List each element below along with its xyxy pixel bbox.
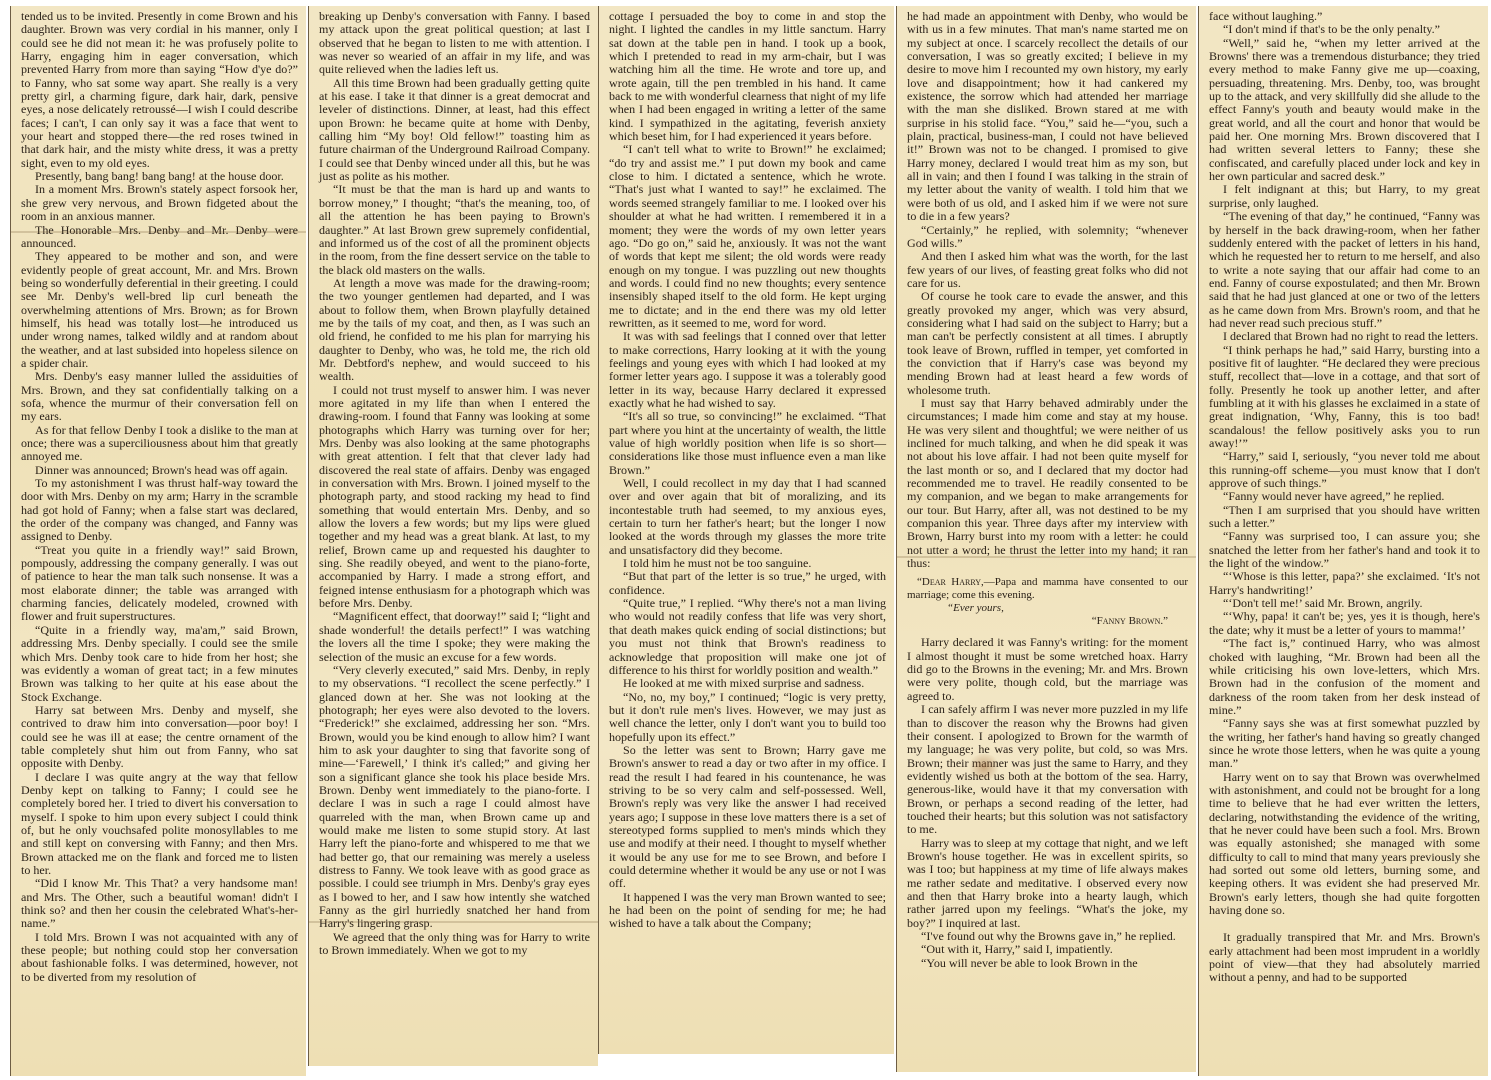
paragraph: “The evening of that day,” he continued,… [1209, 210, 1480, 330]
paragraph: “Magnificent effect, that doorway!” said… [319, 610, 590, 663]
paragraph: Well, I could recollect in my day that I… [609, 477, 886, 557]
paragraph: I declared that Brown had no right to re… [1209, 330, 1480, 343]
paragraph: “Treat you quite in a friendly way!” sai… [21, 544, 298, 624]
paragraph: Of course he took care to evade the answ… [907, 290, 1188, 397]
paragraph: breaking up Denby's conversation with Fa… [319, 10, 590, 77]
paragraph: At length a move was made for the drawin… [319, 277, 590, 384]
paragraph: So the letter was sent to Brown; Harry g… [609, 744, 886, 891]
column-4-text: he had made an appointment with Denby, w… [907, 10, 1188, 970]
paragraph: It gradually transpired that Mr. and Mrs… [1209, 931, 1480, 984]
paragraph: “But that part of the letter is so true,… [609, 570, 886, 597]
letter-closing: “Ever yours, [907, 602, 1188, 615]
newspaper-page: tended us to be invited. Presently in co… [0, 0, 1491, 1080]
column-2: breaking up Denby's conversation with Fa… [308, 6, 598, 1066]
paragraph: I can safely affirm I was never more puz… [907, 703, 1188, 836]
paragraph: “Fanny was surprised too, I can assure y… [1209, 530, 1480, 570]
paragraph: “Quite true,” I replied. “Why there's no… [609, 597, 886, 677]
paragraph: “I think perhaps he had,” said Harry, bu… [1209, 344, 1480, 451]
paragraph: “Harry,” said I, seriously, “you never t… [1209, 450, 1480, 490]
paragraph: “‘Why, papa! it can't be; yes, yes it is… [1209, 610, 1480, 637]
paragraph: “Then I am surprised that you should hav… [1209, 504, 1480, 531]
paragraph: “It's all so true, so convincing!” he ex… [609, 410, 886, 477]
paragraph: Mrs. Denby's easy manner lulled the assi… [21, 370, 298, 423]
paragraph: Dinner was announced; Brown's head was o… [21, 464, 298, 477]
paragraph: He looked at me with mixed surprise and … [609, 677, 886, 690]
column-1: tended us to be invited. Presently in co… [10, 6, 306, 1076]
paragraph: Harry declared it was Fanny's writing: f… [907, 636, 1188, 703]
paragraph: Harry was to sleep at my cottage that ni… [907, 837, 1188, 930]
paragraph: It was with sad feelings that I conned o… [609, 330, 886, 410]
letter-signature: “Fanny Brown.” [907, 615, 1188, 628]
paragraph: I felt indignant at this; but Harry, to … [1209, 183, 1480, 210]
paragraph: “It must be that the man is hard up and … [319, 183, 590, 276]
paragraph: he had made an appointment with Denby, w… [907, 10, 1188, 224]
paragraph: I told Mrs. Brown I was not acquainted w… [21, 931, 298, 984]
paragraph: I must say that Harry behaved admirably … [907, 397, 1188, 570]
column-3: cottage I persuaded the boy to come in a… [598, 6, 894, 1054]
paragraph: As for that fellow Denby I took a dislik… [21, 424, 298, 464]
paragraph: face without laughing.” [1209, 10, 1480, 23]
letter-body: “Dear Harry,—Papa and mamma have consent… [907, 576, 1188, 602]
paragraph: “Certainly,” he replied, with solemnity;… [907, 224, 1188, 251]
paragraph: They appeared to be mother and son, and … [21, 250, 298, 370]
column-3-text: cottage I persuaded the boy to come in a… [609, 10, 886, 931]
paragraph: “I've found out why the Browns gave in,”… [907, 930, 1188, 943]
paragraph: “Fanny says she was at first somewhat pu… [1209, 717, 1480, 770]
paragraph: I could not trust myself to answer him. … [319, 384, 590, 611]
paragraph: “Did I know Mr. This That? a very handso… [21, 877, 298, 930]
paragraph: Harry went on to say that Brown was over… [1209, 771, 1480, 918]
paragraph: “I don't mind if that's to be the only p… [1209, 23, 1480, 36]
paragraph: “Fanny would never have agreed,” he repl… [1209, 490, 1480, 503]
quoted-letter: “Dear Harry,—Papa and mamma have consent… [907, 576, 1188, 628]
paragraph: “No, no, my boy,” I continued; “logic is… [609, 691, 886, 744]
paragraph: All this time Brown had been gradually g… [319, 77, 590, 184]
letter-salutation: “Dear Harry, [917, 576, 984, 588]
paragraph: “‘Whose is this letter, papa?’ she excla… [1209, 570, 1480, 597]
paragraph: In a moment Mrs. Brown's stately aspect … [21, 183, 298, 223]
paragraph: “‘Don't tell me!’ said Mr. Brown, angril… [1209, 597, 1480, 610]
paragraph: “You will never be able to look Brown in… [907, 957, 1188, 970]
column-5: face without laughing.” “I don't mind if… [1198, 6, 1488, 1076]
column-4: he had made an appointment with Denby, w… [896, 6, 1196, 1072]
paragraph: I declare I was quite angry at the way t… [21, 771, 298, 878]
paragraph: tended us to be invited. Presently in co… [21, 10, 298, 170]
paragraph: We agreed that the only thing was for Ha… [319, 931, 590, 958]
column-2-text: breaking up Denby's conversation with Fa… [319, 10, 590, 957]
paragraph: I told him he must not be too sanguine. [609, 557, 886, 570]
paragraph: “The fact is,” continued Harry, who was … [1209, 637, 1480, 717]
paragraph: Presently, bang bang! bang bang! at the … [21, 170, 298, 183]
paragraph: “Quite in a friendly way, ma'am,” said B… [21, 624, 298, 704]
paragraph: “Very cleverly executed,” said Mrs. Denb… [319, 664, 590, 931]
paragraph: It happened I was the very man Brown wan… [609, 891, 886, 931]
paragraph: The Honorable Mrs. Denby and Mr. Denby w… [21, 224, 298, 251]
column-1-text: tended us to be invited. Presently in co… [21, 10, 298, 984]
paragraph: And then I asked him what was the worth,… [907, 250, 1188, 290]
paragraph: “I can't tell what to write to Brown!” h… [609, 143, 886, 330]
paragraph: Harry sat between Mrs. Denby and myself,… [21, 704, 298, 771]
paragraph: To my astonishment I was thrust half-way… [21, 477, 298, 544]
paragraph: “Well,” said he, “when my letter arrived… [1209, 37, 1480, 184]
paragraph: cottage I persuaded the boy to come in a… [609, 10, 886, 143]
column-5-text: face without laughing.” “I don't mind if… [1209, 10, 1480, 985]
paragraph: “Out with it, Harry,” said I, impatientl… [907, 943, 1188, 956]
